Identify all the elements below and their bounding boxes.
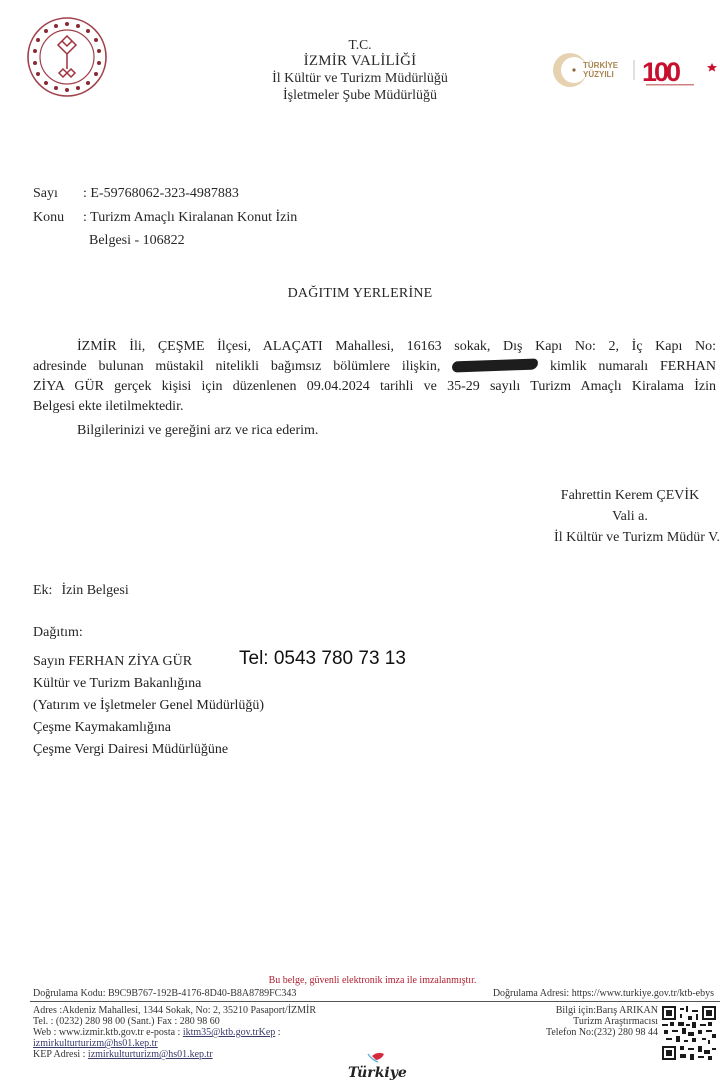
distribution-recipient: Kültür ve Turizm Bakanlığına	[33, 674, 201, 694]
turkiye-yuzyili-100-logo-icon: TÜRKİYE YÜZYILI 100	[550, 50, 720, 90]
redaction-mark	[452, 359, 538, 373]
contact-person: Bilgi için:Barış ARIKAN	[546, 1005, 658, 1016]
body-text: kimlik numaralı FERHAN	[550, 359, 716, 374]
footer-address: Adres :Akdeniz Mahallesi, 1344 Sokak, No…	[33, 1005, 316, 1016]
distribution-recipient: (Yatırım ve İşletmeler Genel Müdürlüğü)	[33, 696, 264, 716]
konu-value-continued: Belgesi - 106822	[89, 230, 185, 251]
signatory-role: İl Kültür ve Turizm Müdür V.	[500, 527, 720, 548]
verification-code: Doğrulama Kodu: B9C9B767-192B-4176-8D40-…	[33, 988, 296, 999]
esign-notice: Bu belge, güvenli elektronik imza ile im…	[0, 975, 720, 986]
contact-phone: Telefon No:(232) 280 98 44	[546, 1027, 658, 1038]
kep-link[interactable]: izmirkulturturizm@hs01.kep.tr	[33, 1038, 158, 1049]
konu-label: Konu	[33, 207, 83, 228]
kep-address-link[interactable]: izmirkulturturizm@hs01.kep.tr	[88, 1049, 213, 1060]
kep-label: KEP Adresi :	[33, 1049, 88, 1060]
body-line: İZMİR İli, ÇEŞME İlçesi, ALAÇATI Mahalle…	[77, 337, 716, 357]
body-line: adresinde bulunan müstakil nitelikli bağ…	[33, 357, 716, 377]
konu-value: : Turizm Amaçlı Kiralanan Konut İzin	[83, 210, 297, 225]
distribution-recipient: Sayın FERHAN ZİYA GÜR	[33, 652, 192, 672]
closing-line: Bilgilerinizi ve gereğini arz ve rica ed…	[77, 421, 720, 441]
reference-subject: Konu: Turizm Amaçlı Kiralanan Konut İzin	[33, 207, 297, 228]
svg-text:YÜZYILI: YÜZYILI	[583, 70, 614, 79]
sayi-label: Sayı	[33, 183, 83, 204]
body-line: Belgesi ekte iletilmektedir.	[33, 397, 716, 417]
svg-text:TÜRKİYE: TÜRKİYE	[583, 61, 619, 70]
distribution-recipient: Çeşme Kaymakamlığına	[33, 718, 171, 738]
contact-title: Turizm Araştırmacısı	[546, 1016, 658, 1027]
qr-code-icon[interactable]	[662, 1006, 716, 1060]
body-line: ZİYA GÜR gerçek kişisi için düzenlenen 0…	[33, 377, 716, 397]
distribution-label: Dağıtım:	[33, 625, 83, 641]
attachment-label: Ek:	[33, 583, 52, 598]
attachment-line: Ek:İzin Belgesi	[33, 583, 129, 599]
email-link[interactable]: iktm35@ktb.gov.trKep	[183, 1027, 275, 1038]
sayi-value: : E-59768062-323-4987883	[83, 186, 239, 201]
footer-kep-address: KEP Adresi : izmirkulturturizm@hs01.kep.…	[33, 1049, 213, 1060]
contact-info: Bilgi için:Barış ARIKAN Turizm Araştırma…	[546, 1005, 658, 1038]
phone-overlay: Tel: 0543 780 73 13	[239, 648, 406, 670]
signatory-title: Vali a.	[500, 506, 720, 527]
verification-address[interactable]: Doğrulama Adresi: https://www.turkiye.go…	[493, 988, 714, 999]
distribution-heading: DAĞITIM YERLERİNE	[0, 286, 720, 302]
signatory-name: Fahrettin Kerem ÇEVİK	[500, 485, 720, 506]
kep-text: :	[275, 1027, 280, 1038]
footer-phone-fax: Tel. : (0232) 280 98 00 (Sant.) Fax : 28…	[33, 1016, 220, 1027]
body-text: adresinde bulunan müstakil nitelikli bağ…	[33, 359, 440, 374]
signature-block: Fahrettin Kerem ÇEVİK Vali a. İl Kültür …	[500, 485, 720, 548]
distribution-recipient: Çeşme Vergi Dairesi Müdürlüğüne	[33, 740, 228, 760]
svg-text:100: 100	[642, 57, 680, 87]
footer-web-email: Web : www.izmir.ktb.gov.tr e-posta : ikt…	[33, 1027, 281, 1038]
footer-divider	[30, 1001, 720, 1002]
attachment-value: İzin Belgesi	[61, 583, 128, 598]
web-text: Web : www.izmir.ktb.gov.tr e-posta :	[33, 1027, 183, 1038]
turkiye-brand-logo-icon: Türkiye	[338, 1050, 418, 1084]
svg-text:Türkiye: Türkiye	[348, 1065, 407, 1081]
reference-number: Sayı: E-59768062-323-4987883	[33, 183, 239, 204]
